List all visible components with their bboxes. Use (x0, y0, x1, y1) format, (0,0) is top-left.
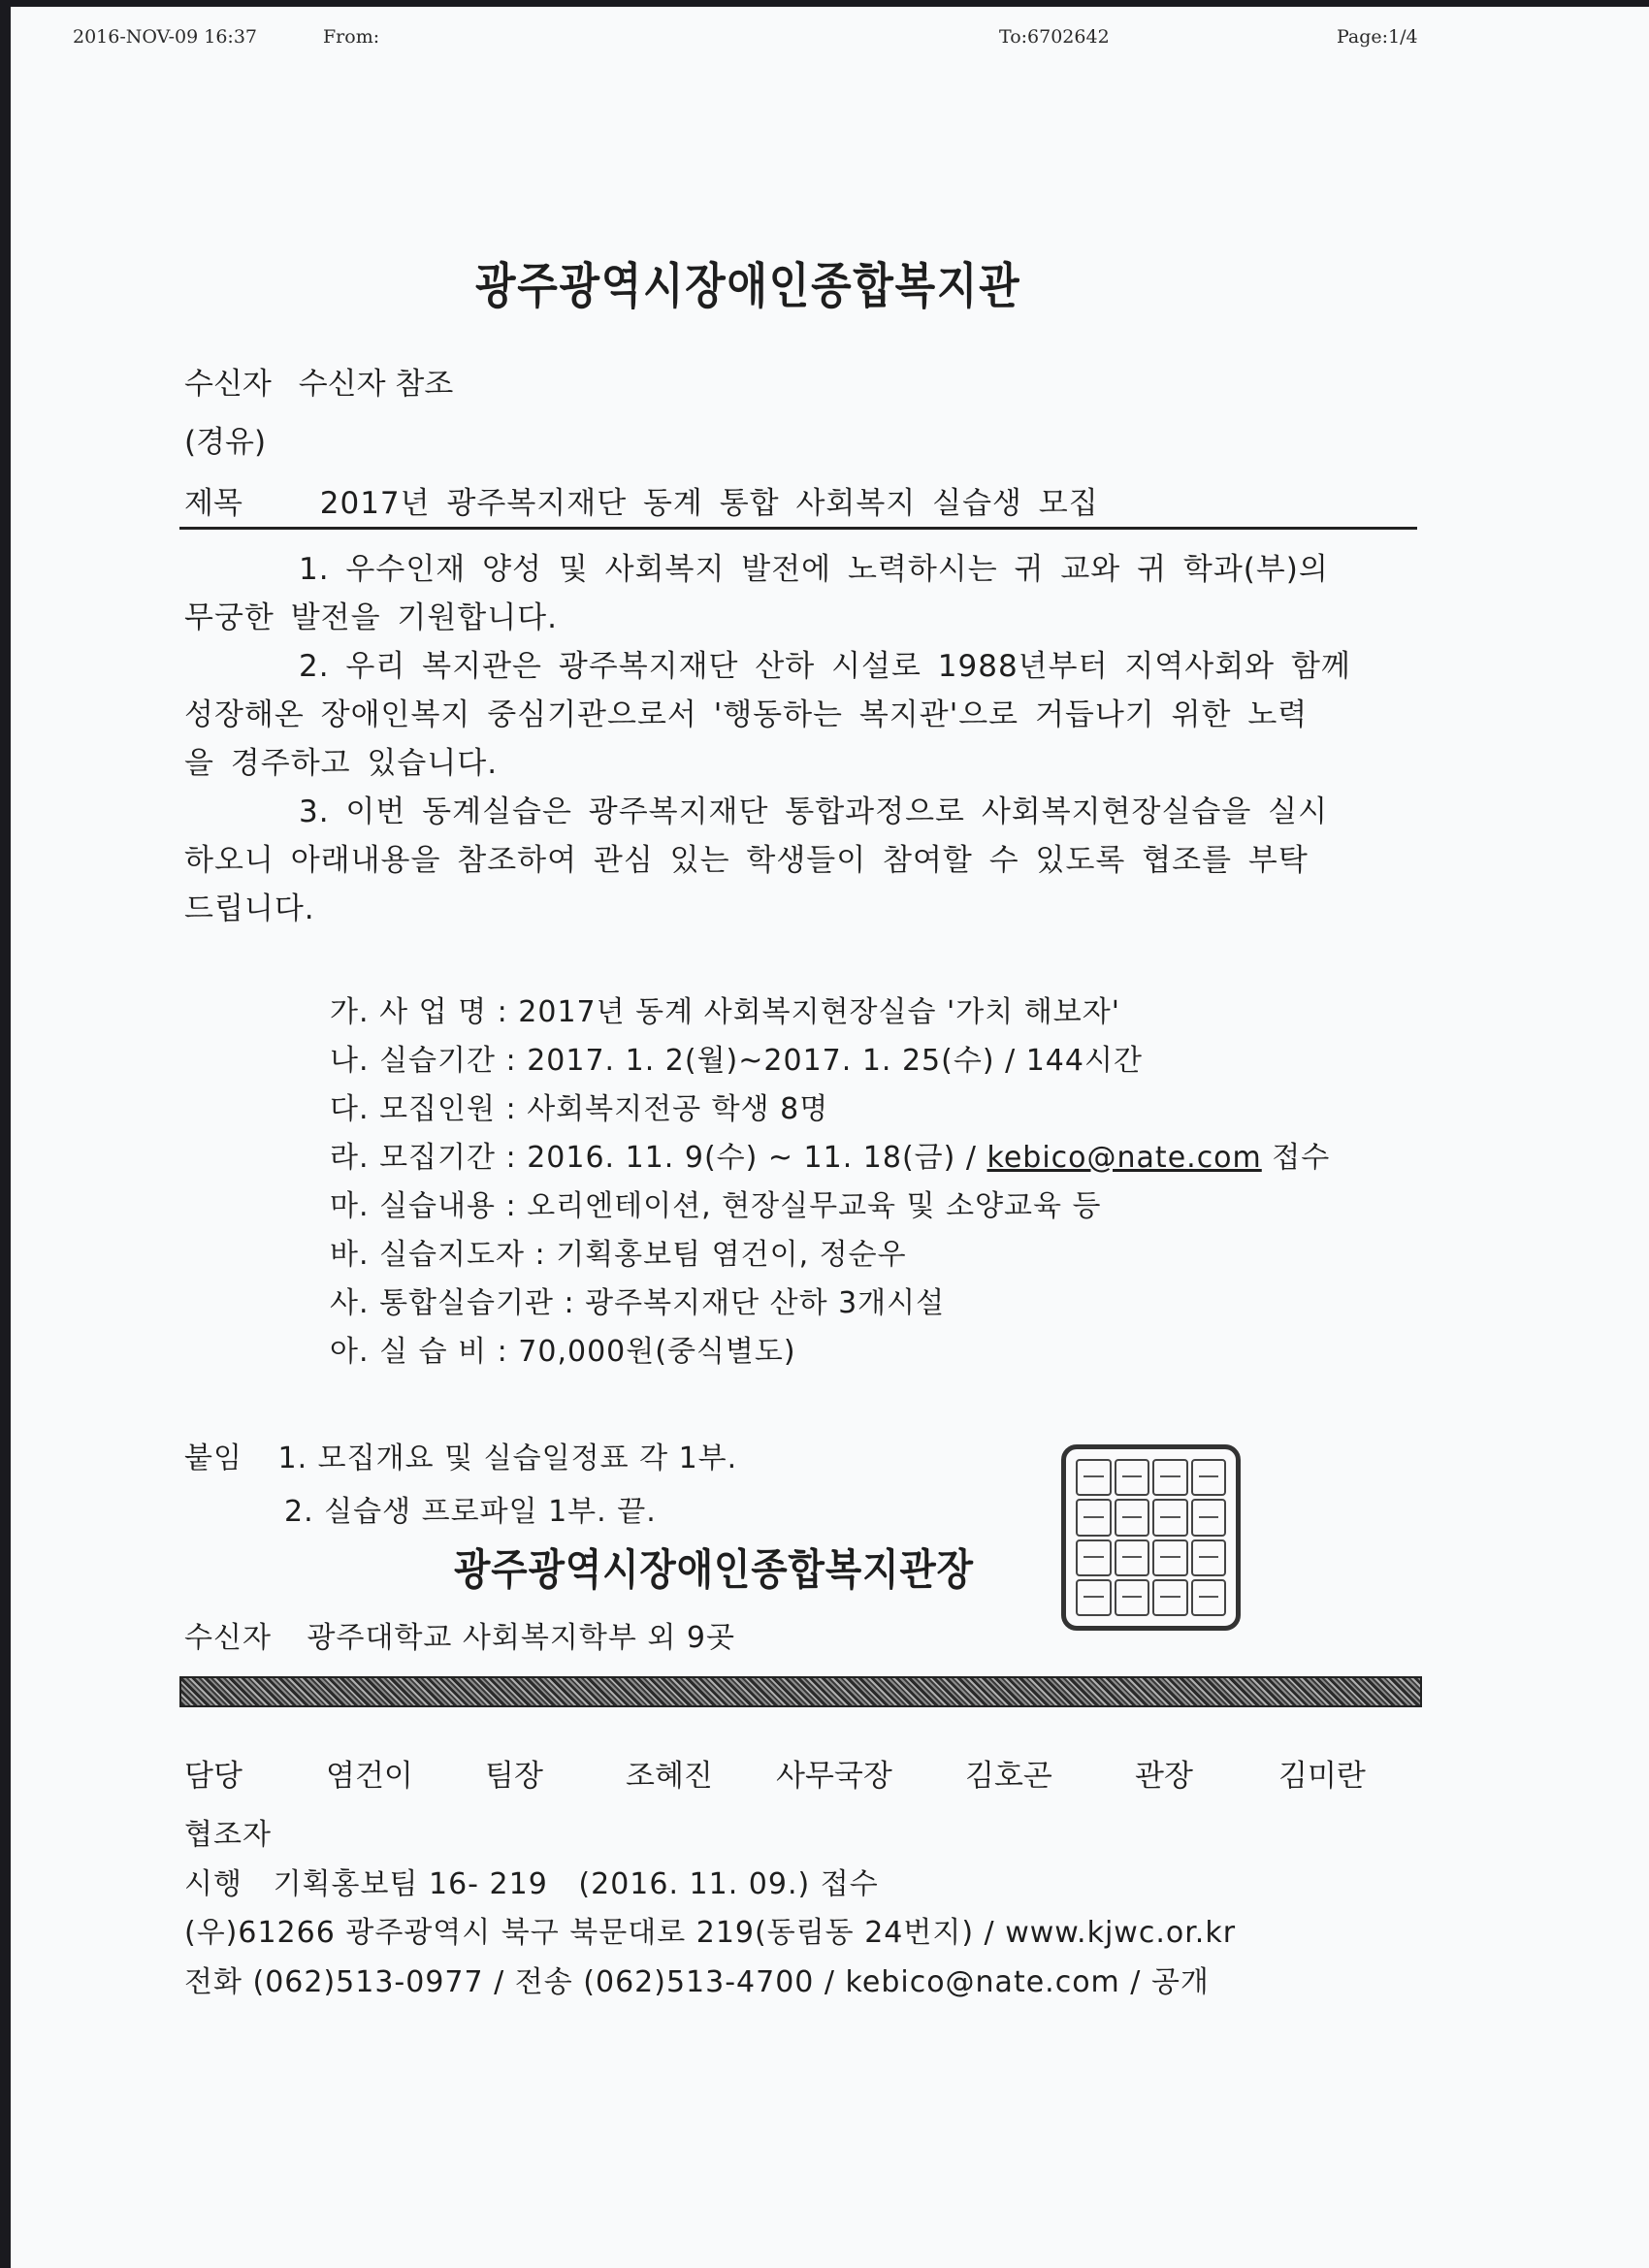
detail-value: 2017. 1. 2(월)~2017. 1. 25(수) / 144시간 (527, 1044, 1143, 1078)
fax-from: From: (323, 26, 379, 48)
detail-colon: : (506, 1141, 517, 1175)
detail-value: 기획홍보팀 염건이, 정순우 (556, 1238, 906, 1272)
contact-line: 전화 (062)513-0977 / 전송 (062)513-4700 / ke… (184, 1958, 1210, 2000)
detail-value: 광주복지재단 산하 3개시설 (585, 1286, 945, 1320)
paragraph-line: 하오니 아래내용을 참조하여 관심 있는 학생들이 참여할 수 있도록 협조를 … (184, 836, 1414, 885)
paragraph-line: 3. 이번 동계실습은 광주복지재단 통합과정으로 사회복지현장실습을 실시 (184, 788, 1414, 836)
subject-value: 2017년 광주복지재단 동계 통합 사회복지 실습생 모집 (320, 486, 1099, 521)
body-paragraph-1: 1. 우수인재 양성 및 사회복지 발전에 노력하시는 귀 교와 귀 학과(부)… (184, 545, 1414, 642)
detail-item-period: 나. 실습기간 : 2017. 1. 2(월)~2017. 1. 25(수) /… (330, 1036, 1143, 1079)
attachments-label: 붙임 (184, 1442, 242, 1475)
paragraph-line: 드립니다. (184, 885, 1414, 933)
paragraph-line: 1. 우수인재 양성 및 사회복지 발전에 노력하시는 귀 교와 귀 학과(부)… (184, 545, 1414, 594)
approval-name: 김미란 (1278, 1751, 1366, 1795)
fax-page-number: Page:1/4 (1337, 26, 1418, 48)
attachment-item: 2. 실습생 프로파일 1부. 끝. (284, 1487, 657, 1530)
approval-role: 팀장 (485, 1751, 543, 1795)
detail-item-headcount: 다. 모집인원 : 사회복지전공 학생 8명 (330, 1085, 828, 1127)
detail-item-recruit-period: 라. 모집기간 : 2016. 11. 9(수) ~ 11. 18(금) / k… (330, 1133, 1330, 1176)
subject-label: 제목 (184, 486, 242, 521)
detail-colon: : (498, 995, 508, 1029)
paragraph-line: 2. 우리 복지관은 광주복지재단 산하 시설로 1988년부터 지역사회와 함… (184, 642, 1414, 691)
attachment-item: 1. 모집개요 및 실습일정표 각 1부. (278, 1442, 738, 1475)
detail-label: 모집기간 (379, 1141, 496, 1175)
detail-marker: 바. (330, 1238, 370, 1272)
detail-value: 70,000원(중식별도) (518, 1335, 795, 1369)
approval-name: 조혜진 (626, 1751, 713, 1795)
detail-label: 통합실습기관 (379, 1286, 554, 1320)
body-paragraph-2: 2. 우리 복지관은 광주복지재단 산하 시설로 1988년부터 지역사회와 함… (184, 642, 1414, 788)
approval-role: 관장 (1135, 1751, 1193, 1795)
recipients-line: 수신자 광주대학교 사회복지학부 외 9곳 (184, 1613, 735, 1656)
fax-to: To:6702642 (999, 26, 1110, 48)
recipient-row: 수신자 수신자 참조 (184, 359, 453, 403)
detail-value-suffix: 접수 (1262, 1141, 1331, 1175)
enforcement-line: 시행 기획홍보팀 16- 219 (2016. 11. 09.) 접수 (184, 1860, 879, 1902)
official-seal-stamp (1061, 1444, 1241, 1631)
detail-label: 실 습 비 (379, 1335, 487, 1369)
body-paragraph-3: 3. 이번 동계실습은 광주복지재단 통합과정으로 사회복지현장실습을 실시 하… (184, 788, 1414, 933)
recipient-value: 수신자 참조 (299, 367, 454, 402)
detail-label: 실습기간 (379, 1044, 496, 1078)
paragraph-line: 무궁한 발전을 기원합니다. (184, 594, 1414, 642)
detail-label: 실습내용 (379, 1189, 496, 1223)
subject-row: 제목 2017년 광주복지재단 동계 통합 사회복지 실습생 모집 (184, 478, 1099, 522)
detail-value: 2016. 11. 9(수) ~ 11. 18(금) / (527, 1141, 986, 1175)
detail-value: 사회복지전공 학생 8명 (527, 1092, 828, 1126)
detail-value: 오리엔테이션, 현장실무교육 및 소양교육 등 (527, 1189, 1101, 1223)
email-link[interactable]: kebico@nate.com (987, 1141, 1262, 1175)
letterhead-title: 광주광역시장애인종합복지관 (475, 247, 1020, 317)
detail-label: 사 업 명 (379, 995, 487, 1029)
paragraph-line: 을 경주하고 있습니다. (184, 739, 1414, 788)
detail-item-content: 마. 실습내용 : 오리엔테이션, 현장실무교육 및 소양교육 등 (330, 1182, 1102, 1224)
approval-name: 염건이 (326, 1751, 413, 1795)
attachments-row-1: 붙임 1. 모집개요 및 실습일정표 각 1부. (184, 1434, 737, 1476)
recipients-value: 광주대학교 사회복지학부 외 9곳 (307, 1621, 735, 1655)
detail-marker: 나. (330, 1044, 370, 1078)
detail-colon: : (506, 1044, 517, 1078)
detail-colon: : (565, 1286, 575, 1320)
detail-item-supervisor: 바. 실습지도자 : 기획홍보팀 염건이, 정순우 (330, 1230, 907, 1273)
detail-marker: 라. (330, 1141, 370, 1175)
detail-label: 실습지도자 (379, 1238, 525, 1272)
detail-colon: : (498, 1335, 508, 1369)
detail-colon: : (506, 1189, 517, 1223)
approval-role: 사무국장 (776, 1751, 892, 1795)
detail-colon: : (535, 1238, 546, 1272)
detail-item-program-name: 가. 사 업 명 : 2017년 동계 사회복지현장실습 '가치 해보자' (330, 988, 1120, 1030)
recipient-label: 수신자 (184, 367, 272, 402)
recipients-label: 수신자 (184, 1621, 272, 1655)
cooperator-label: 협조자 (184, 1810, 272, 1853)
paragraph-line: 성장해온 장애인복지 중심기관으로서 '행동하는 복지관'으로 거듭나기 위한 … (184, 691, 1414, 739)
separator-band (179, 1676, 1422, 1707)
detail-marker: 마. (330, 1189, 370, 1223)
detail-item-fee: 아. 실 습 비 : 70,000원(중식별도) (330, 1327, 796, 1370)
detail-marker: 가. (330, 995, 370, 1029)
detail-item-institution: 사. 통합실습기관 : 광주복지재단 산하 3개시설 (330, 1279, 945, 1321)
detail-value: 2017년 동계 사회복지현장실습 '가치 해보자' (518, 995, 1120, 1029)
detail-colon: : (506, 1092, 517, 1126)
signature-name: 광주광역시장애인종합복지관장 (454, 1535, 974, 1597)
address-line: (우)61266 광주광역시 북구 북문대로 219(동림동 24번지) / w… (184, 1908, 1236, 1951)
fax-datetime: 2016-NOV-09 16:37 (73, 26, 257, 48)
via-label: (경유) (184, 417, 266, 461)
approval-name: 김호곤 (965, 1751, 1052, 1795)
detail-label: 모집인원 (379, 1092, 496, 1126)
approval-role: 담당 (184, 1751, 242, 1795)
detail-marker: 사. (330, 1286, 370, 1320)
subject-divider (179, 527, 1417, 530)
detail-marker: 다. (330, 1092, 370, 1126)
detail-marker: 아. (330, 1335, 370, 1369)
